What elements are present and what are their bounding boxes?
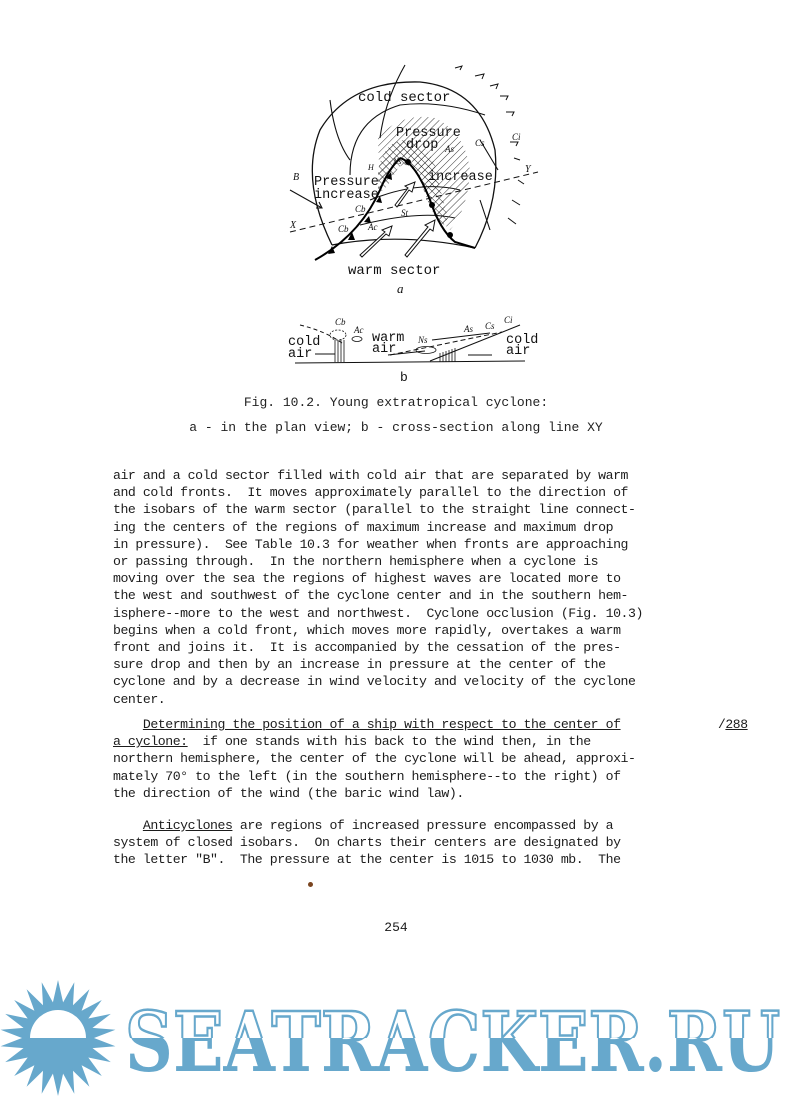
label-as: As — [463, 324, 473, 334]
label-pressure-increase-2: increase — [314, 188, 379, 203]
label-cb-1: Cb — [355, 204, 366, 214]
label-cb-2: Cb — [338, 224, 349, 234]
label-cold-air-left-2: air — [288, 347, 312, 362]
label-x: X — [289, 220, 297, 231]
label-as: As — [444, 144, 454, 154]
label-b: B — [293, 172, 299, 183]
label-cold-sector: cold sector — [358, 90, 450, 106]
figure-caption-subtitle: a - in the plan view; b - cross-section … — [0, 420, 792, 435]
seatracker-watermark: SEATRACKER.RU SEATRACKER.RU — [0, 975, 792, 1096]
label-cs: Cs — [485, 321, 495, 331]
text-line: ing the centers of the regions of maximu… — [113, 519, 683, 536]
text-line: Determining the position of a ship with … — [113, 716, 683, 733]
section-heading-ship-position: Determining the position of a ship with … — [143, 717, 621, 732]
label-increase: increase — [428, 170, 493, 185]
figure-caption-title: Fig. 10.2. Young extratropical cyclone: — [0, 395, 792, 410]
label-cs: Cs — [475, 138, 485, 148]
ink-speck — [308, 882, 313, 887]
label-ci: Ci — [512, 132, 521, 142]
label-h: H — [367, 163, 375, 172]
label-pressure-drop-2: drop — [406, 138, 438, 153]
text-line: begins when a cold front, which moves mo… — [113, 622, 683, 639]
cyclone-cross-section-diagram: cold air warm air cold air Cb Ac Ns As C… — [280, 305, 550, 385]
cyclone-plan-view-diagram: cold sector Pressure drop Pressure incre… — [280, 60, 550, 300]
text-line: the isobars of the warm sector (parallel… — [113, 501, 683, 518]
page-number: 254 — [0, 920, 792, 935]
text-line: and cold fronts. It moves approximately … — [113, 484, 683, 501]
text-line: system of closed isobars. On charts thei… — [113, 834, 683, 851]
text-line: isphere--more to the west and northwest.… — [113, 605, 683, 622]
text-fragment: are regions of increased pressure encomp… — [232, 818, 613, 833]
text-line: moving over the sea the regions of highe… — [113, 570, 683, 587]
term-anticyclones: Anticyclones — [143, 818, 233, 833]
text-line: sure drop and then by an increase in pre… — [113, 656, 683, 673]
text-line: the west and southwest of the cyclone ce… — [113, 587, 683, 604]
label-ns: Ns — [392, 157, 401, 166]
watermark-text: SEATRACKER.RU SEATRACKER.RU — [125, 995, 780, 1091]
text-line: in pressure). See Table 10.3 for weather… — [113, 536, 683, 553]
section-heading-ship-position-cont: a cyclone: — [113, 734, 188, 749]
text-line: center. — [113, 691, 683, 708]
text-line: northern hemisphere, the center of the c… — [113, 750, 683, 767]
label-st: St — [401, 208, 409, 218]
text-line: mately 70° to the left (in the southern … — [113, 768, 683, 785]
text-line: or passing through. In the northern hemi… — [113, 553, 683, 570]
label-ns: Ns — [417, 335, 428, 345]
text-line: front and joins it. It is accompanied by… — [113, 639, 683, 656]
label-warm-air-2: air — [372, 342, 396, 357]
text-line: the direction of the wind (the baric win… — [113, 785, 683, 802]
text-line: the letter "B". The pressure at the cent… — [113, 851, 683, 868]
text-line: air and a cold sector filled with cold a… — [113, 467, 683, 484]
text-line: Anticyclones are regions of increased pr… — [113, 817, 683, 834]
sun-icon — [1, 980, 116, 1096]
text-fragment: if one stands with his back to the wind … — [188, 734, 591, 749]
label-panel-b: b — [400, 370, 408, 385]
paragraph-cyclone-description: air and a cold sector filled with cold a… — [113, 467, 683, 708]
label-ac: Ac — [367, 222, 378, 232]
label-cb: Cb — [335, 317, 346, 327]
label-cold-air-right-2: air — [506, 344, 530, 359]
label-warm-sector: warm sector — [348, 263, 440, 279]
label-y: Y — [525, 164, 532, 175]
text-line: a cyclone: if one stands with his back t… — [113, 733, 683, 750]
label-ci: Ci — [504, 315, 513, 325]
paragraph-ship-position: Determining the position of a ship with … — [113, 716, 683, 802]
label-ac: Ac — [353, 325, 364, 335]
text-line: cyclone and by a decrease in wind veloci… — [113, 673, 683, 690]
paragraph-anticyclones: Anticyclones are regions of increased pr… — [113, 817, 683, 869]
margin-page-reference: /288 — [718, 716, 778, 733]
margin-note-number: 288 — [725, 717, 747, 732]
label-panel-a: a — [397, 281, 404, 296]
